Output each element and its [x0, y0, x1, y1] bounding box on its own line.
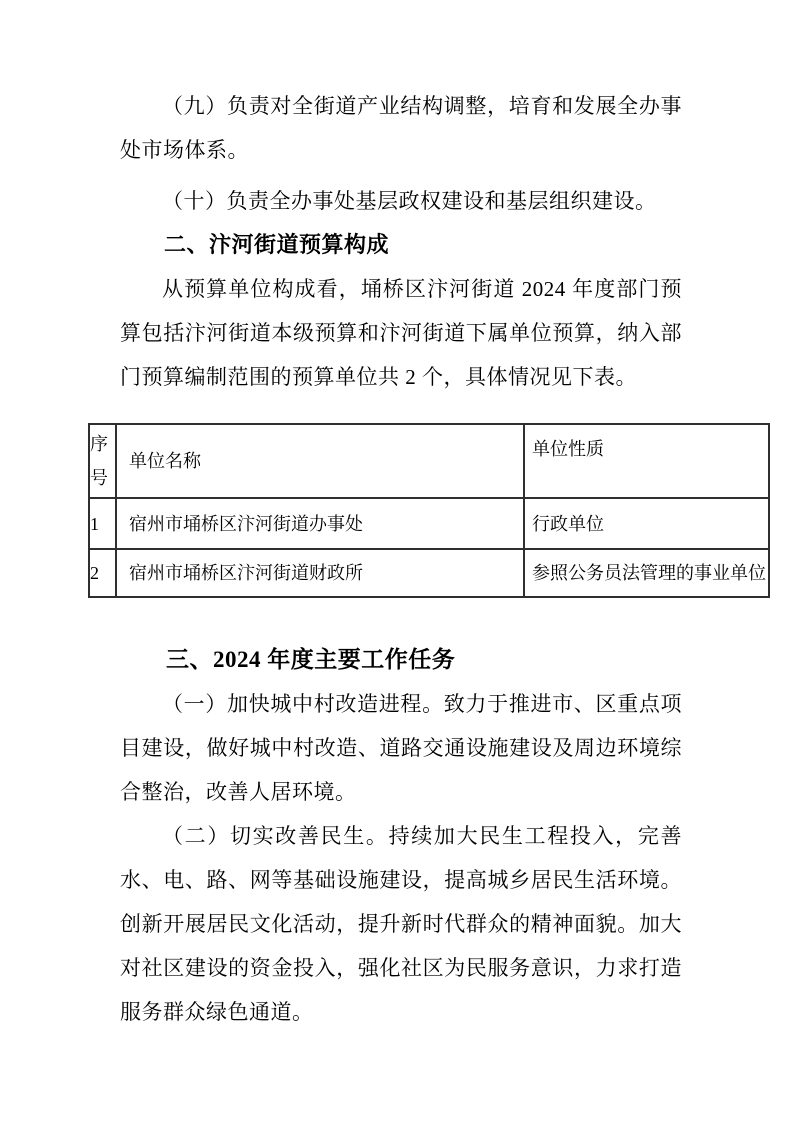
table-header-row: 序号 单位名称 单位性质 [89, 424, 769, 498]
table-cell-row-number: 2 [89, 549, 116, 597]
table-header-index: 序号 [89, 424, 116, 498]
table-cell-row-number: 1 [89, 498, 116, 549]
paragraph-budget-overview: 从预算单位构成看，埇桥区汴河街道 2024 年度部门预算包括汴河街道本级预算和汴… [120, 267, 682, 399]
table-header-unit-type: 单位性质 [524, 424, 769, 498]
table-cell-unit-type: 参照公务员法管理的事业单位 [524, 549, 769, 597]
paragraph-task-1: （一）加快城中村改造进程。致力于推进市、区重点项目建设，做好城中村改造、道路交通… [120, 682, 682, 814]
table-cell-unit-type: 行政单位 [524, 498, 769, 549]
paragraph-task-2: （二）切实改善民生。持续加大民生工程投入，完善水、电、路、网等基础设施建设，提高… [120, 814, 682, 1034]
section-heading-budget-composition: 二、汴河街道预算构成 [120, 223, 682, 267]
paragraph-duty-9: （九）负责对全街道产业结构调整，培育和发展全办事处市场体系。 [120, 84, 682, 172]
paragraph-duty-10: （十）负责全办事处基层政权建设和基层组织建设。 [120, 179, 682, 223]
table-row: 2 宿州市埇桥区汴河街道财政所 参照公务员法管理的事业单位 [89, 549, 769, 597]
document-page: （九）负责对全街道产业结构调整，培育和发展全办事处市场体系。 （十）负责全办事处… [0, 0, 793, 1122]
table-cell-unit-name: 宿州市埇桥区汴河街道财政所 [116, 549, 524, 597]
table-row: 1 宿州市埇桥区汴河街道办事处 行政单位 [89, 498, 769, 549]
budget-units-table: 序号 单位名称 单位性质 1 宿州市埇桥区汴河街道办事处 行政单位 2 宿州市埇… [88, 423, 770, 598]
table-cell-unit-name: 宿州市埇桥区汴河街道办事处 [116, 498, 524, 549]
table-header-unit-name: 单位名称 [116, 424, 524, 498]
section-heading-main-tasks: 三、2024 年度主要工作任务 [120, 638, 682, 682]
